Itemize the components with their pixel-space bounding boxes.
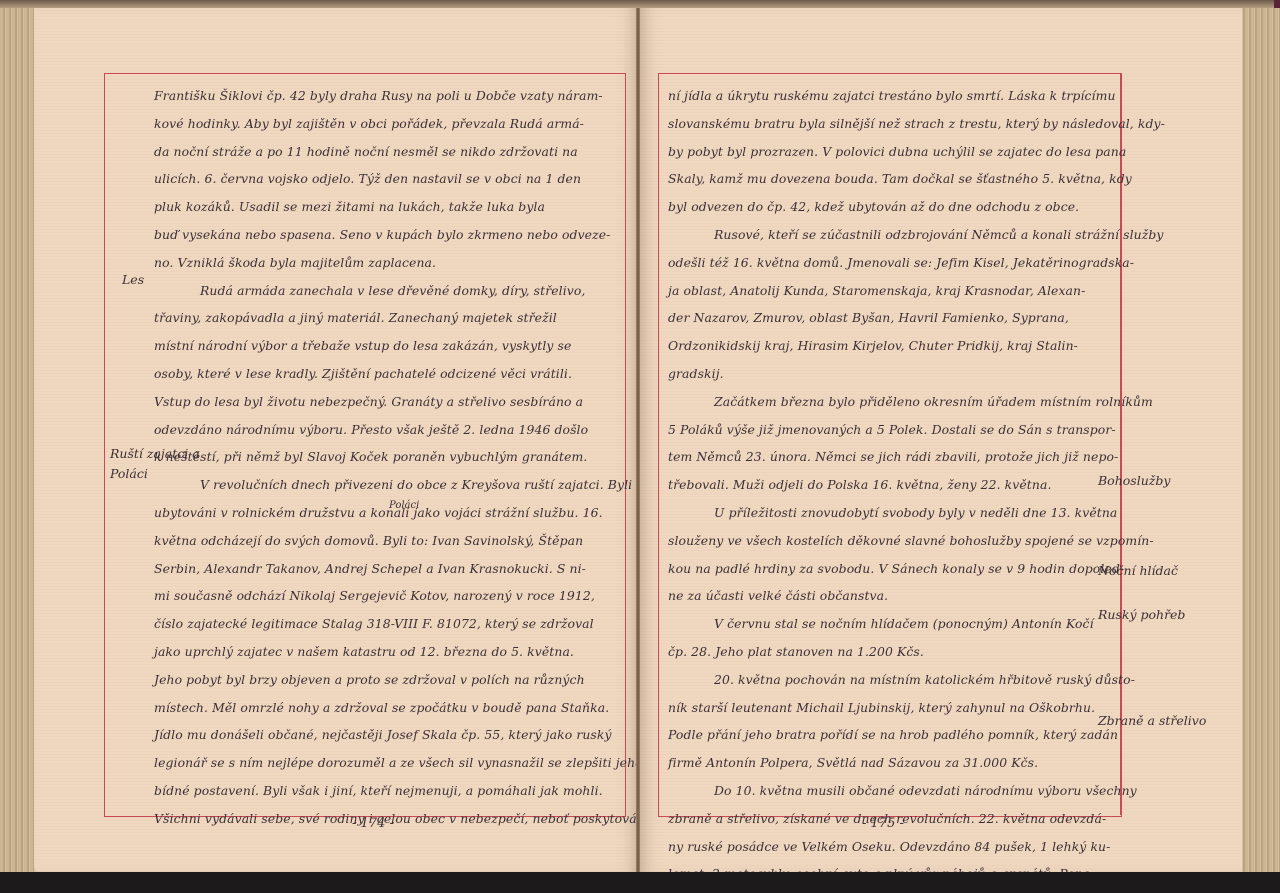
text-line: třaviny, zakopávadla a jiný materiál. Za… xyxy=(154,304,614,332)
text-line: osoby, které v lese kradly. Zjištění pac… xyxy=(154,360,614,388)
text-line: číslo zajatecké legitimace Stalag 318-VI… xyxy=(154,610,614,638)
text-line: ny ruské posádce ve Velkém Oseku. Odevzd… xyxy=(668,833,1114,861)
right-page-edges xyxy=(1242,8,1280,872)
text-line: ubytováni v rolnickém družstvu a konali … xyxy=(154,499,614,527)
text-line: Vstup do lesa byl životu nebezpečný. Gra… xyxy=(154,388,614,416)
text-line: Ordzonikidskij kraj, Hirasim Kirjelov, C… xyxy=(668,332,1114,360)
text-line: V červnu stal se nočním hlídačem (ponocn… xyxy=(668,610,1114,638)
text-line: 5 Poláků výše již jmenovaných a 5 Polek.… xyxy=(668,416,1114,444)
text-line: k neštěstí, při němž byl Slavoj Koček po… xyxy=(154,443,614,471)
text-line: ne za účasti velké části občanstva. xyxy=(668,582,1114,610)
text-line: pluk kozáků. Usadil se mezi žitami na lu… xyxy=(154,193,614,221)
text-line: odešli též 16. května domů. Jmenovali se… xyxy=(668,249,1114,277)
text-line: Do 10. května musili občané odevzdati ná… xyxy=(668,777,1114,805)
margin-note-les: Les xyxy=(122,270,144,290)
text-line: Skaly, kamž mu dovezena bouda. Tam dočka… xyxy=(668,165,1114,193)
text-line: da noční stráže a po 11 hodině noční nes… xyxy=(154,138,614,166)
text-line: Začátkem března bylo přiděleno okresním … xyxy=(668,388,1114,416)
text-line: místní národní výbor a třebaže vstup do … xyxy=(154,332,614,360)
book-top-edge xyxy=(0,0,1280,8)
text-line: legionář se s ním nejlépe dorozuměl a ze… xyxy=(154,749,614,777)
text-line: ní jídla a úkrytu ruskému zajatci trestá… xyxy=(668,82,1114,110)
left-page-edges xyxy=(0,8,34,872)
text-line: Serbin, Alexandr Takanov, Andrej Schepel… xyxy=(154,555,614,583)
text-line: buď vysekána nebo spasena. Seno v kupách… xyxy=(154,221,614,249)
text-line: der Nazarov, Zmurov, oblast Byšan, Havri… xyxy=(668,304,1114,332)
text-line: tem Němců 23. února. Němci se jich rádi … xyxy=(668,443,1114,471)
text-line: kové hodinky. Aby byl zajištěn v obci po… xyxy=(154,110,614,138)
text-line: by pobyt byl prozrazen. V polovici dubna… xyxy=(668,138,1114,166)
text-line: bídné postavení. Byli však i jiní, kteří… xyxy=(154,777,614,805)
text-line: Rudá armáda zanechala v lese dřevěné dom… xyxy=(154,277,614,305)
text-line: místech. Měl omrzlé nohy a zdržoval se z… xyxy=(154,694,614,722)
scan-background xyxy=(0,872,1280,893)
left-page-text: Františku Šiklovi čp. 42 byly draha Rusy… xyxy=(154,82,614,833)
right-page: Bohoslužby Noční hlídač Ruský pohřeb Zbr… xyxy=(640,8,1242,872)
right-page-text: ní jídla a úkrytu ruskému zajatci trestá… xyxy=(668,82,1114,888)
text-line: Jeho pobyt byl brzy objeven a proto se z… xyxy=(154,666,614,694)
text-line: byl odvezen do čp. 42, kdež ubytován až … xyxy=(668,193,1114,221)
text-line: odevzdáno národnímu výboru. Přesto však … xyxy=(154,416,614,444)
text-line: no. Vzniklá škoda byla majitelům zaplace… xyxy=(154,249,614,277)
page-number: - 175 - xyxy=(862,816,904,831)
text-line: Jídlo mu donášeli občané, nejčastěji Jos… xyxy=(154,721,614,749)
text-line: gradskij. xyxy=(668,360,1114,388)
text-line: ník starší leutenant Michail Ljubinskij,… xyxy=(668,694,1114,722)
text-line: třebovali. Muži odjeli do Polska 16. kvě… xyxy=(668,471,1114,499)
text-line: čp. 28. Jeho plat stanoven na 1.200 Kčs. xyxy=(668,638,1114,666)
text-line: mi současně odchází Nikolaj Sergejevič K… xyxy=(154,582,614,610)
open-book: Les Ruští zajatci a Poláci Poláci Franti… xyxy=(0,0,1280,872)
text-line: ja oblast, Anatolij Kunda, Staromenskaja… xyxy=(668,277,1114,305)
text-line: Rusové, kteří se zúčastnili odzbrojování… xyxy=(668,221,1114,249)
text-line: kou na padlé hrdiny za svobodu. V Sánech… xyxy=(668,555,1114,583)
text-line: května odcházejí do svých domovů. Byli t… xyxy=(154,527,614,555)
left-page: Les Ruští zajatci a Poláci Poláci Franti… xyxy=(34,8,638,872)
text-line: 20. května pochován na místním katolické… xyxy=(668,666,1114,694)
text-line: firmě Antonín Polpera, Světlá nad Sázavo… xyxy=(668,749,1114,777)
text-line: Františku Šiklovi čp. 42 byly draha Rusy… xyxy=(154,82,614,110)
page-number: - 174 - xyxy=(352,816,394,831)
text-line: slovanskému bratru byla silnější než str… xyxy=(668,110,1114,138)
text-line: ulicích. 6. června vojsko odjelo. Týž de… xyxy=(154,165,614,193)
text-line: Podle přání jeho bratra pořídí se na hro… xyxy=(668,721,1114,749)
text-line: jako uprchlý zajatec v našem katastru od… xyxy=(154,638,614,666)
text-line: slouženy ve všech kostelích děkovné slav… xyxy=(668,527,1114,555)
text-line: U příležitosti znovudobytí svobody byly … xyxy=(668,499,1114,527)
text-line: V revolučních dnech přivezeni do obce z … xyxy=(154,471,614,499)
